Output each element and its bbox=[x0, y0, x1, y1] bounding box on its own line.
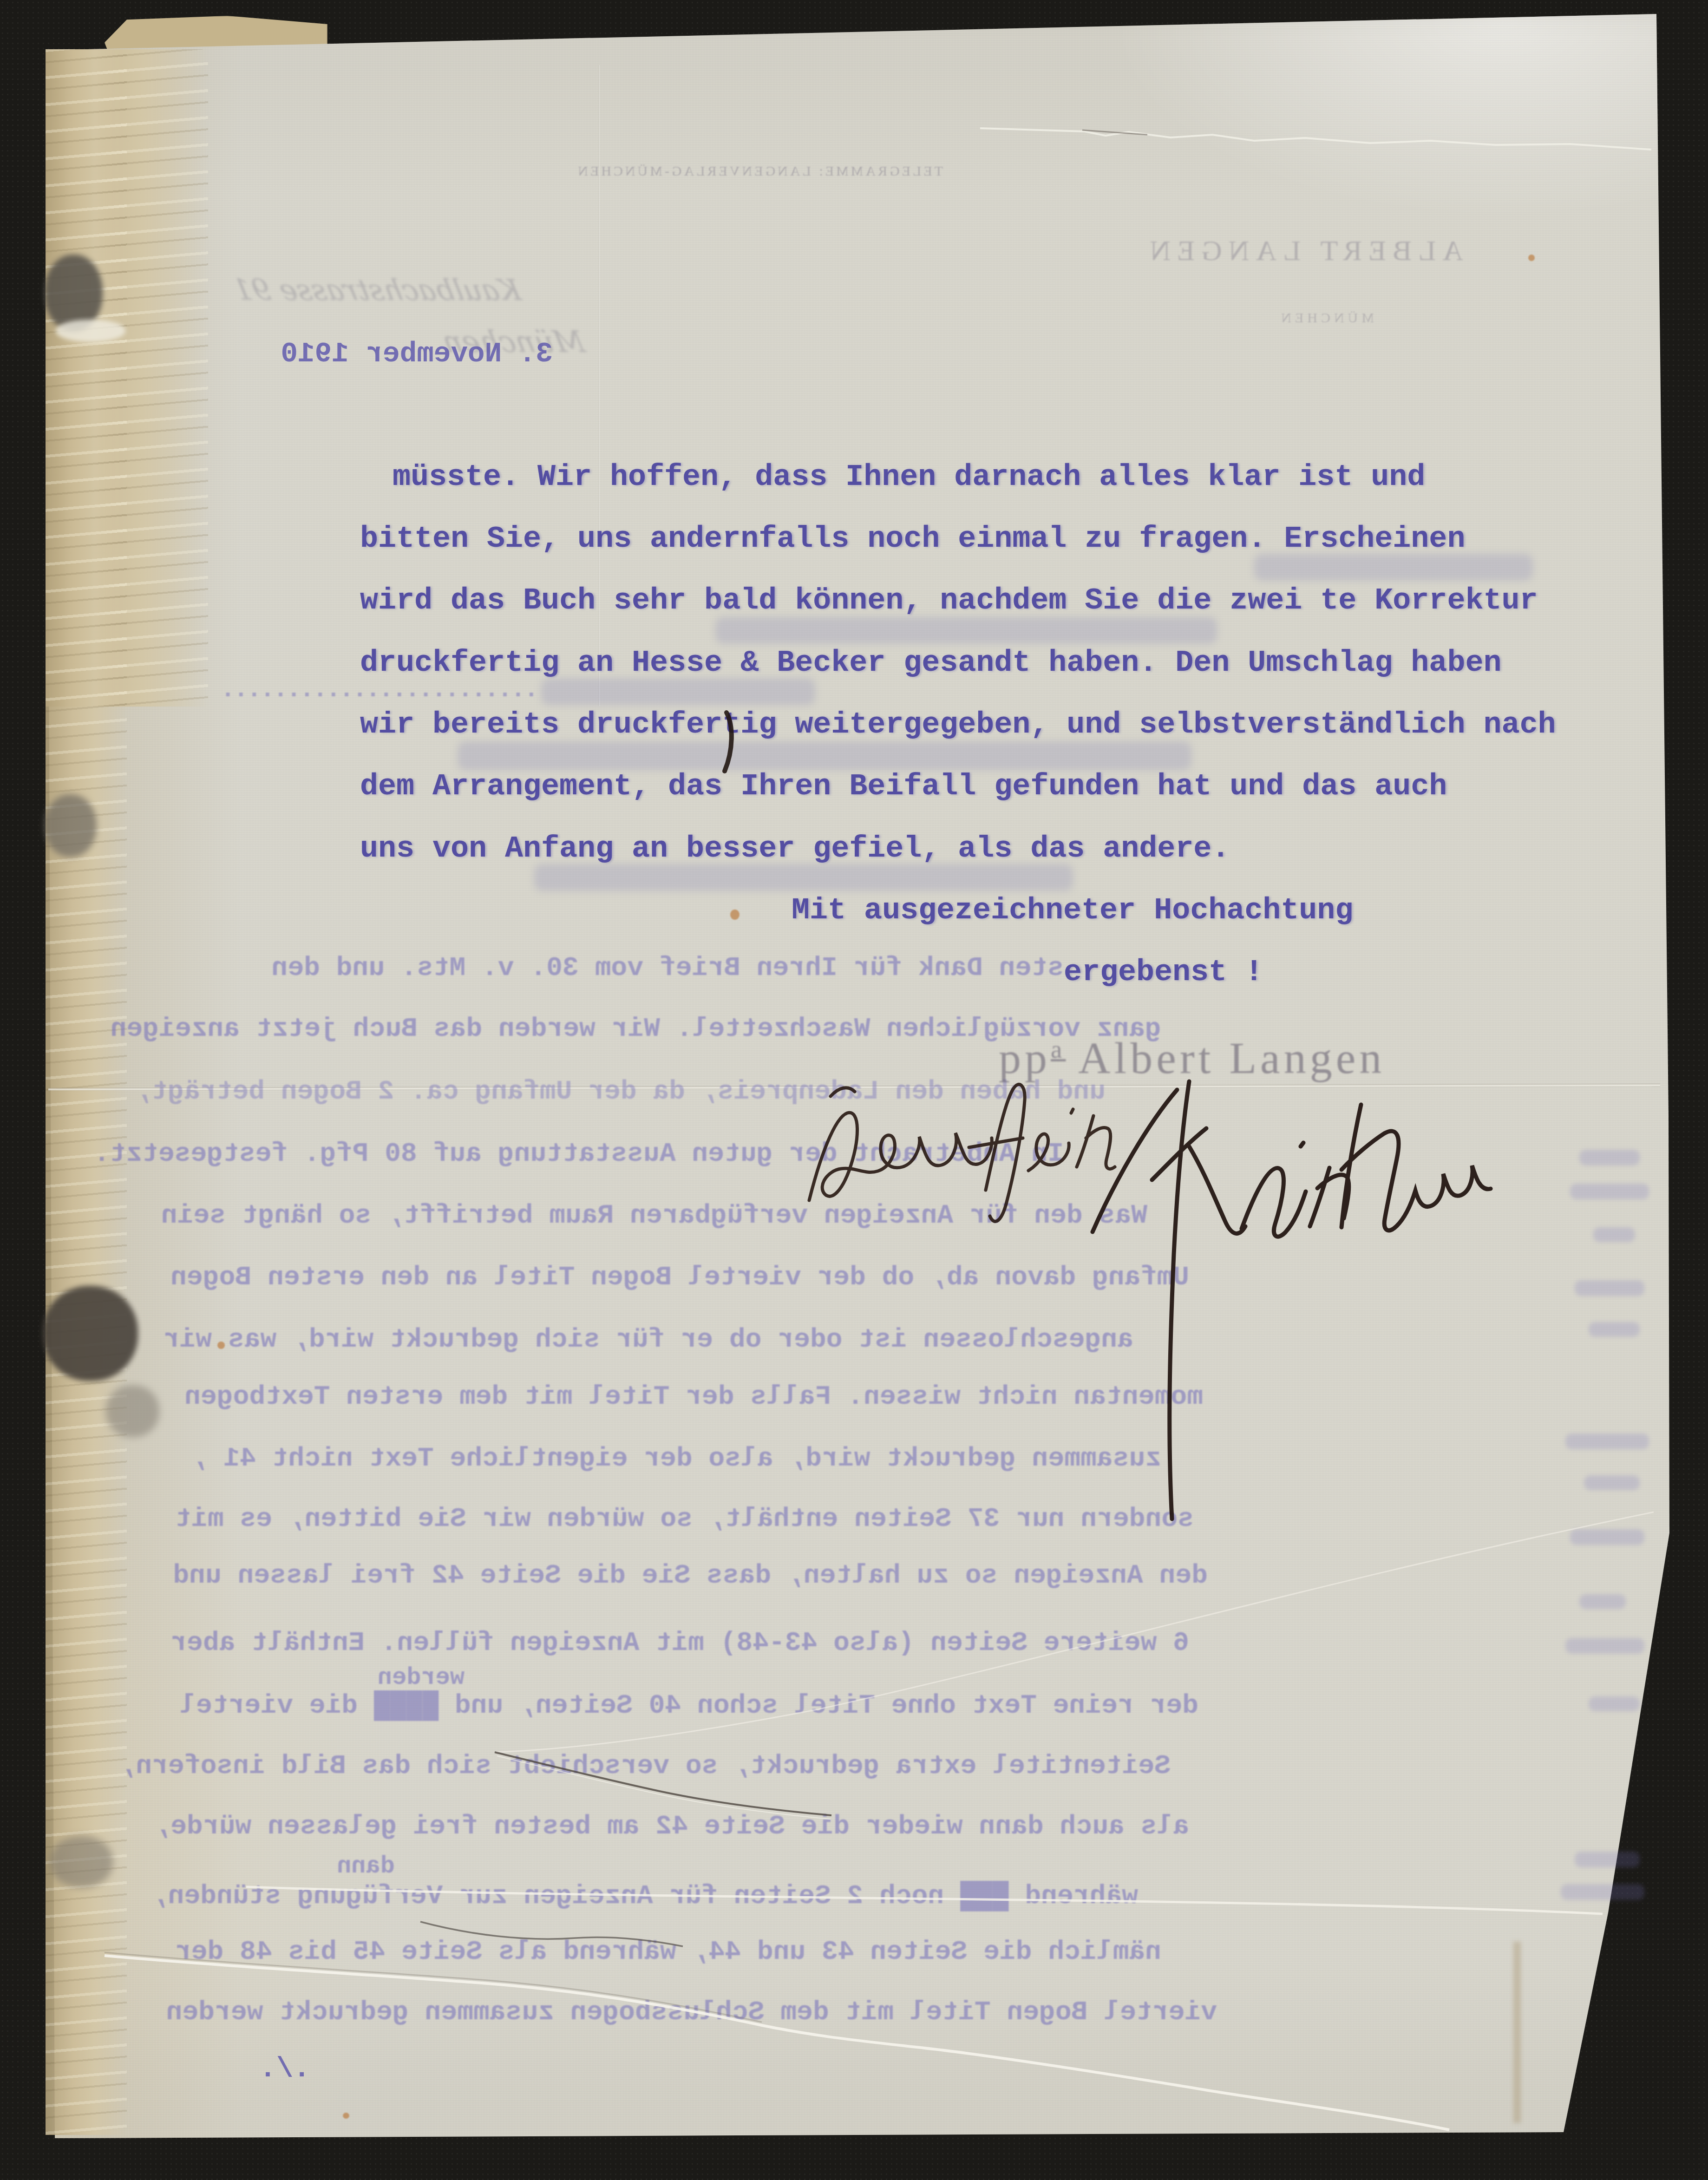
crease-top-right bbox=[980, 128, 1651, 150]
tear-white-lower bbox=[105, 1956, 1449, 2130]
scanned-letter-photo: TELEGRAMME: LANGENVERLAG-MÜNCHEN ALBERT … bbox=[0, 0, 1708, 2180]
paper-crack-dark-2 bbox=[420, 1922, 683, 1946]
creases-tears-layer bbox=[0, 0, 1708, 2180]
tear-white-upper bbox=[246, 1887, 1603, 1914]
diagonal-crease-faint bbox=[495, 1512, 1654, 1752]
paper-crack-dark bbox=[495, 1752, 831, 1815]
